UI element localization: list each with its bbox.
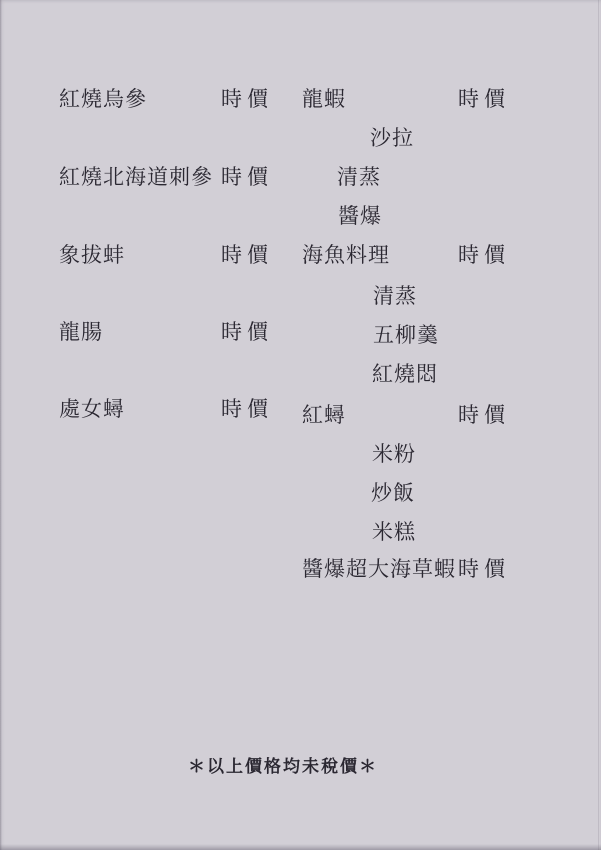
market-price-label: 時價	[221, 88, 273, 111]
menu-page: 紅燒烏參 紅燒北海道刺參 象拔蚌 龍腸 處女蟳 時價 時價 時價 時價 時價 龍…	[0, 0, 601, 850]
menu-item-name: 龍腸	[59, 321, 103, 344]
market-price-label: 時價	[458, 244, 510, 267]
menu-subitem: 五柳羹	[373, 324, 439, 347]
market-price-label: 時價	[458, 558, 510, 581]
page-edge-line-right	[598, 0, 599, 850]
menu-subitem: 醬爆	[338, 205, 382, 228]
menu-item-name: 紅燒北海道刺參	[59, 166, 213, 189]
menu-item-name: 龍蝦	[302, 88, 346, 111]
menu-subitem: 清蒸	[373, 285, 417, 308]
footer-note: ＊以上價格均未稅價＊	[0, 752, 566, 777]
page-edge-shadow-bottom	[0, 844, 601, 850]
menu-subitem: 炒飯	[371, 482, 415, 505]
market-price-label: 時價	[458, 88, 510, 111]
market-price-label: 時價	[221, 166, 273, 189]
menu-item-name: 紅蟳	[302, 404, 346, 427]
menu-item-name: 紅燒烏參	[59, 88, 147, 111]
page-edge-shadow-left	[0, 0, 2, 850]
menu-subitem: 沙拉	[370, 127, 414, 150]
menu-subitem: 紅燒悶	[372, 363, 438, 386]
market-price-label: 時價	[221, 321, 273, 344]
menu-subitem: 米糕	[372, 521, 416, 544]
menu-item-name: 海魚料理	[302, 244, 390, 267]
menu-subitem: 清蒸	[337, 166, 381, 189]
menu-subitem: 米粉	[372, 443, 416, 466]
market-price-label: 時價	[221, 398, 273, 421]
menu-item-name: 醬爆超大海草蝦	[302, 558, 456, 581]
market-price-label: 時價	[221, 244, 273, 267]
menu-item-name: 象拔蚌	[59, 244, 125, 267]
menu-item-name: 處女蟳	[59, 398, 125, 421]
market-price-label: 時價	[458, 404, 510, 427]
